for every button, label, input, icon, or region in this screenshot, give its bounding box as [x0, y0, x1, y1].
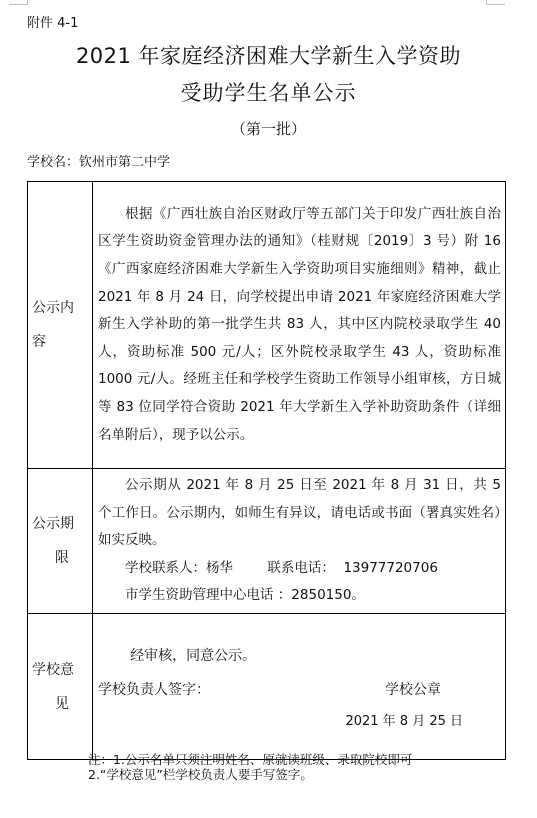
publicity-period-text: 公示期从 2021 年 8 月 25 日至 2021 年 8 月 31 日，共 …: [98, 472, 501, 555]
page-title-line1: 2021 年家庭经济困难大学新生入学资助: [0, 40, 537, 70]
batch-label: （第一批）: [0, 118, 537, 139]
contact-person: 杨华: [206, 560, 233, 576]
opinion-text: 经审核，同意公示。: [98, 643, 501, 671]
page-corner-mark-right: [486, 0, 505, 5]
footnotes: 注：1.公示名单只须注明姓名、原就读班级、录取院校即可 2.“学校意见”栏学校负…: [88, 752, 412, 782]
center-phone-line: 市学生资助管理中心电话 ：2850150。: [98, 582, 501, 610]
school-name-label: 学校名：: [27, 155, 79, 170]
opinion-date: 2021 年 8 月 25 日: [98, 708, 463, 736]
table-row-period: 公示期 限 公示期从 2021 年 8 月 25 日至 2021 年 8 月 3…: [28, 469, 506, 614]
center-phone: 2850150。: [291, 587, 365, 603]
page-title-line2: 受助学生名单公示: [0, 77, 537, 107]
signature-line: 学校负责人签字： 学校公章: [98, 677, 501, 705]
school-name-line: 学校名：钦州市第二中学: [27, 151, 170, 170]
row-label-period: 公示期 限: [28, 469, 93, 614]
seal-label: 学校公章: [385, 677, 441, 705]
table-row-content: 公示内 容 根据《广西壮族自治区财政厅等五部门关于印发广西壮族自治区学生资助资金…: [28, 182, 506, 469]
footnote-1: 注：1.公示名单只须注明姓名、原就读班级、录取院校即可: [88, 752, 412, 767]
signature-label: 学校负责人签字：: [98, 677, 210, 705]
publicity-table: 公示内 容 根据《广西壮族自治区财政厅等五部门关于印发广西壮族自治区学生资助资金…: [27, 181, 506, 760]
contact-phone: 13977720706: [343, 560, 437, 576]
school-name-value: 钦州市第二中学: [79, 155, 170, 170]
school-contact-line: 学校联系人：杨华 联系电话： 13977720706: [98, 555, 501, 583]
school-opinion-cell: 经审核，同意公示。 学校负责人签字： 学校公章 2021 年 8 月 25 日: [93, 614, 506, 760]
table-row-opinion: 学校意 见 经审核，同意公示。 学校负责人签字： 学校公章 2021 年 8 月…: [28, 614, 506, 760]
footnote-2: 2.“学校意见”栏学校负责人要手写签字。: [88, 767, 412, 782]
publicity-period-cell: 公示期从 2021 年 8 月 25 日至 2021 年 8 月 31 日，共 …: [93, 469, 506, 614]
row-label-opinion: 学校意 见: [28, 614, 93, 760]
row-label-content: 公示内 容: [28, 182, 93, 469]
page-corner-mark-left: [9, 0, 28, 5]
attachment-label: 附件 4-1: [27, 12, 78, 31]
publicity-content-text: 根据《广西壮族自治区财政厅等五部门关于印发广西壮族自治区学生资助资金管理办法的通…: [93, 182, 506, 469]
